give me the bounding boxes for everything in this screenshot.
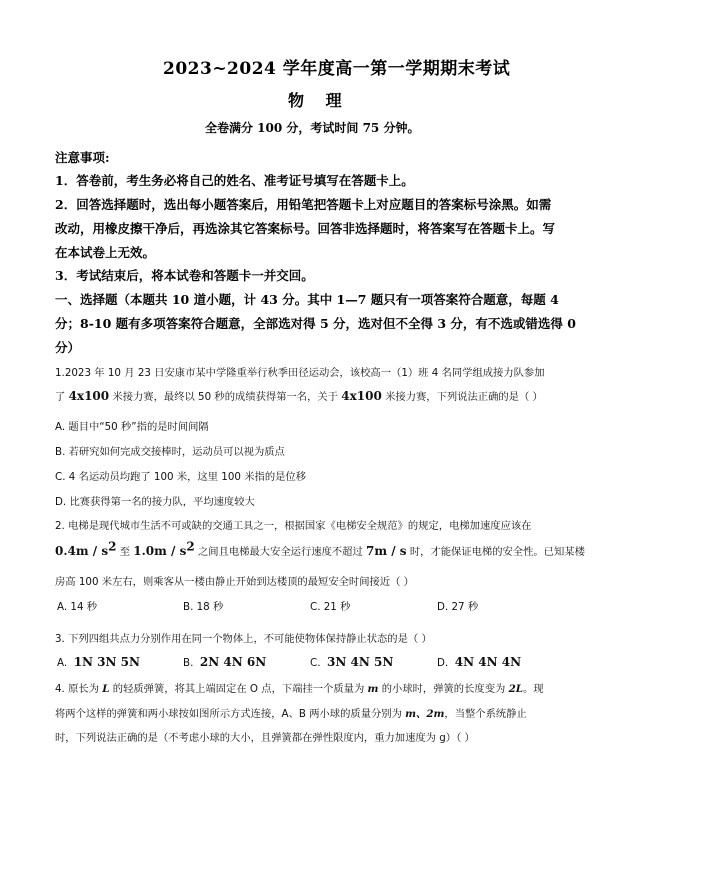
section-heading: 一、选择题（本题共 10 道小题，计 43 分。其中 1—7 题只有一项答案符合… <box>55 290 559 308</box>
text: 的小球时，弹簧的长度变为 <box>378 683 508 695</box>
question-2-option-d[interactable]: D. 27 秒 <box>437 598 478 613</box>
notice-item: 在本试卷上无效。 <box>55 243 155 261</box>
question-1-option-d[interactable]: D. 比赛获得第一名的接力队，平均速度较大 <box>55 493 255 508</box>
section-heading: 分；8-10 题有多项答案符合题意，全部选对得 5 分，选对但不全得 3 分，有… <box>55 314 576 332</box>
question-3-option-c[interactable]: C. 3N 4N 5N <box>310 655 393 669</box>
question-2-option-b[interactable]: B. 18 秒 <box>183 598 223 613</box>
text: ，当整个系统静止 <box>444 708 526 720</box>
text: 4. 原长为 <box>55 683 102 695</box>
notice-item: 2．回答选择题时，选出每小题答案后，用铅笔把答题卡上对应题目的答案标号涂黑。如需 <box>55 195 551 213</box>
superscript: 2 <box>186 540 194 554</box>
notice-item: 1．答卷前，考生务必将自己的姓名、准考证号填写在答题卡上。 <box>55 171 414 189</box>
notice-item: 改动，用橡皮擦干净后，再选涂其它答案标号。回答非选择题时，将答案写在答题卡上。写 <box>55 219 555 237</box>
question-2-option-c[interactable]: C. 21 秒 <box>310 598 350 613</box>
option-label: B. <box>183 657 193 669</box>
question-1-option-a[interactable]: A. 题目中“50 秒”指的是时间间隔 <box>55 418 209 433</box>
question-4-stem-line2: 将两个这样的弹簧和两小球按如图所示方式连接，A、B 两小球的质量分别为 m、2m… <box>55 705 527 720</box>
text: 。现 <box>523 683 544 695</box>
math-2L: 2L <box>509 683 523 695</box>
notice-item: 3．考试结束后，将本试卷和答题卡一并交回。 <box>55 266 314 284</box>
text: 至 <box>116 546 133 558</box>
question-2-stem: 2. 电梯是现代城市生活不可或缺的交通工具之一，根据国家《电梯安全规范》的规定，… <box>55 517 531 532</box>
exam-subject: 物 理 <box>288 88 350 111</box>
question-4-stem-line3: 时，下列说法正确的是（不考虑小球的大小，且弹簧都在弹性限度内，重力加速度为 g）… <box>55 729 475 744</box>
option-label: A. <box>57 657 67 669</box>
math-speed: 7m / s <box>366 544 407 558</box>
question-3-option-a[interactable]: A. 1N 3N 5N <box>57 655 140 669</box>
question-1-option-c[interactable]: C. 4 名运动员均跑了 100 米，这里 100 米指的是位移 <box>55 468 306 483</box>
text: 米接力赛，最终以 50 秒的成绩获得第一名，关于 <box>109 391 341 403</box>
math-4x100: 4x100 <box>341 389 382 403</box>
math-accel-max: 1.0m / s <box>133 544 186 558</box>
score-info: 全卷满分 100 分，考试时间 75 分钟。 <box>205 119 419 136</box>
question-1-stem-line2: 了 4x100 米接力赛，最终以 50 秒的成绩获得第一名，关于 4x100 米… <box>55 388 543 403</box>
question-4-stem-line1: 4. 原长为 L 的轻质弹簧，将其上端固定在 O 点，下端挂一个质量为 m 的小… <box>55 680 544 695</box>
question-3-option-b[interactable]: B. 2N 4N 6N <box>183 655 266 669</box>
question-2-stem-line3: 房高 100 米左右，则乘客从一楼由静止开始到达楼顶的最短安全时间接近（ ） <box>55 573 414 588</box>
question-3-option-d[interactable]: D. 4N 4N 4N <box>437 655 521 669</box>
exam-title: 2023~2024 学年度高一第一学期期末考试 <box>163 54 510 79</box>
text: 之间且电梯最大安全运行速度不超过 <box>195 546 366 558</box>
option-value: 3N 4N 5N <box>327 655 393 669</box>
option-value: 4N 4N 4N <box>455 655 521 669</box>
option-label: C. <box>310 657 320 669</box>
text: 将两个这样的弹簧和两小球按如图所示方式连接，A、B 两小球的质量分别为 <box>55 708 405 720</box>
text: 了 <box>55 391 69 403</box>
section-heading: 分） <box>55 338 80 356</box>
math-4x100: 4x100 <box>69 389 110 403</box>
question-2-option-a[interactable]: A. 14 秒 <box>57 598 97 613</box>
question-3-stem: 3. 下列四组共点力分别作用在同一个物体上，不可能使物体保持静止状态的是（ ） <box>55 630 432 645</box>
notice-heading: 注意事项: <box>55 148 110 166</box>
math-masses: m、2m <box>405 708 444 720</box>
question-1-stem: 1.2023 年 10 月 23 日安康市某中学隆重举行秋季田径运动会，该校高一… <box>55 364 545 379</box>
math-m: m <box>368 683 379 695</box>
math-accel-min: 0.4m / s <box>55 544 108 558</box>
question-2-stem-line2: 0.4m / s2 至 1.0m / s2 之间且电梯最大安全运行速度不超过 7… <box>55 543 585 558</box>
option-value: 2N 4N 6N <box>200 655 266 669</box>
option-label: D. <box>437 657 448 669</box>
text: 米接力赛，下列说法正确的是（ ） <box>382 391 543 403</box>
text: 的轻质弹簧，将其上端固定在 O 点，下端挂一个质量为 <box>110 683 368 695</box>
text: 时，才能保证电梯的安全性。已知某楼 <box>407 546 585 558</box>
option-value: 1N 3N 5N <box>74 655 140 669</box>
question-1-option-b[interactable]: B. 若研究如何完成交接棒时，运动员可以视为质点 <box>55 443 285 458</box>
math-L: L <box>102 683 109 695</box>
